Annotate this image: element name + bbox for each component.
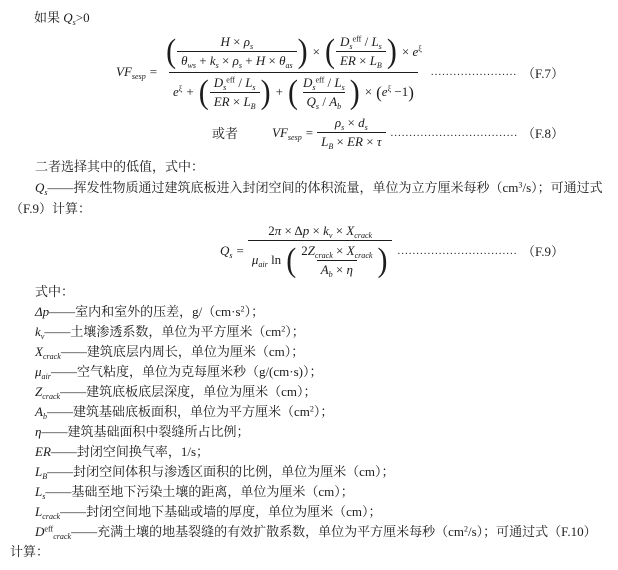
- or-label: 或者: [212, 123, 238, 142]
- fraction-denominator: θws + ks × ρs + H × θas: [177, 51, 297, 70]
- fraction-denominator: LB × ER × τ: [317, 132, 385, 151]
- document-page: 如果 Qs>0 VFsesp = H × ρs θws + ks × ρs + …: [0, 0, 618, 562]
- paren-group: H × ρs θws + ks × ρs + H × θas: [165, 33, 309, 71]
- where-label: 式中：: [10, 282, 608, 302]
- times-operator: ×: [313, 44, 320, 60]
- f7-numerator: H × ρs θws + ks × ρs + H × θas × Dseff /…: [161, 32, 426, 72]
- definition-item: μair——空气粘度，单位为克每厘米秒（g/(cm·s)）；: [10, 362, 608, 382]
- fraction-numerator: ρs × ds: [331, 114, 372, 132]
- fraction-numerator: Dseff / Ls: [210, 74, 260, 92]
- f9-denominator: μair ln 2Zcrack × Xcrack Ab × η: [248, 240, 393, 281]
- times-operator: ×: [365, 84, 372, 100]
- equation-label-f9: （F.9）: [522, 241, 564, 260]
- equals-sign: =: [306, 125, 313, 141]
- paren-group: 2Zcrack × Xcrack Ab × η: [285, 242, 388, 280]
- definition-item: Ab——建筑基础底板面积，单位为平方厘米（cm2）；: [10, 402, 608, 422]
- dot-leader: ........................................…: [397, 245, 517, 257]
- choose-lower-value-line: 二者选择其中的低值，式中：: [10, 156, 608, 177]
- fraction-denominator: ER × LB: [210, 92, 260, 111]
- paren-exp-minus-one: eξ −1: [376, 84, 414, 101]
- fraction-numerator: 2Zcrack × Xcrack: [297, 242, 376, 260]
- fraction: 2Zcrack × Xcrack Ab × η: [297, 242, 376, 280]
- exp-term: × eξ: [402, 44, 422, 60]
- plus-operator: +: [186, 84, 193, 100]
- definition-item: ER——封闭空间换气率，1/s；: [10, 442, 608, 462]
- definition-item: Ls——基础至地下污染土壤的距离，单位为厘米（cm）；: [10, 482, 608, 502]
- f8-lhs: VFsesp: [272, 125, 302, 141]
- mu-ln-prefix: μair ln: [252, 252, 281, 268]
- f9-lhs: Qs: [220, 243, 233, 259]
- f8-fraction: ρs × ds LB × ER × τ: [317, 114, 385, 152]
- paren-group: Dseff / Ls Qs / Ab: [287, 74, 361, 112]
- definition-item: Δp——室内和室外的压差，g/（cm·s2）；: [10, 302, 608, 322]
- f9-main-fraction: 2π × Δp × kv × Xcrack μair ln 2Zcrack × …: [248, 222, 393, 281]
- definition-item: η——建筑基础面积中裂缝所占比例；: [10, 422, 608, 442]
- fraction-denominator: ER × LB: [336, 51, 386, 70]
- f7-main-fraction: H × ρs θws + ks × ρs + H × θas × Dseff /…: [161, 32, 426, 112]
- qs-definition-paragraph: Qs——挥发性物质通过建筑底板进入封闭空间的体积流量，单位为立方厘米每秒（cm3…: [10, 177, 608, 219]
- definition-item: kv——土壤渗透系数，单位为平方厘米（cm2）；: [10, 322, 608, 342]
- condition-line: 如果 Qs>0: [34, 8, 608, 28]
- fraction-numerator: Dseff / Ls: [299, 74, 349, 92]
- equals-sign: =: [237, 243, 244, 259]
- f7-lhs: VFsesp: [116, 64, 146, 80]
- fraction-denominator: Ab × η: [317, 260, 357, 279]
- fraction: Dseff / Ls ER × LB: [336, 33, 386, 71]
- dot-leader: ........................................: [431, 66, 517, 78]
- fraction-numerator: H × ρs: [217, 33, 258, 51]
- definition-item: Xcrack——建筑底层内周长，单位为厘米（cm）；: [10, 342, 608, 362]
- formula-f8: 或者 VFsesp = ρs × ds LB × ER × τ ........…: [10, 114, 608, 152]
- fraction: H × ρs θws + ks × ρs + H × θas: [177, 33, 297, 71]
- fraction: Dseff / Ls Qs / Ab: [299, 74, 349, 112]
- definition-list: Δp——室内和室外的压差，g/（cm·s2）； kv——土壤渗透系数，单位为平方…: [10, 302, 608, 562]
- equals-sign: =: [150, 64, 157, 80]
- formula-f9: Qs = 2π × Δp × kv × Xcrack μair ln 2Zcra…: [10, 222, 608, 281]
- equation-label-f8: （F.8）: [522, 123, 564, 142]
- definition-item: Zcrack——建筑底板底层深度，单位为厘米（cm）；: [10, 382, 608, 402]
- f7-denominator: eξ + Dseff / Ls ER × LB + Dseff / Ls Qs …: [169, 72, 418, 113]
- dot-leader: ........................................…: [391, 127, 518, 139]
- fraction: Dseff / Ls ER × LB: [210, 74, 260, 112]
- exp-term: eξ −1: [382, 84, 408, 100]
- paren-group: Dseff / Ls ER × LB: [324, 33, 398, 71]
- definition-item: Deffcrack——充满土壤的地基裂缝的有效扩散系数，单位为平方厘米每秒（cm…: [10, 522, 608, 562]
- definition-item: LB——封闭空间体积与渗透区面积的比例，单位为厘米（cm）；: [10, 462, 608, 482]
- fraction-denominator: Qs / Ab: [303, 92, 346, 111]
- equation-label-f7: （F.7）: [522, 63, 564, 82]
- paren-group: Dseff / Ls ER × LB: [198, 74, 272, 112]
- plus-operator: +: [276, 84, 283, 100]
- exp-term: eξ: [173, 84, 182, 100]
- formula-f7: VFsesp = H × ρs θws + ks × ρs + H × θas …: [10, 32, 608, 112]
- f9-numerator: 2π × Δp × kv × Xcrack: [264, 222, 376, 240]
- fraction-numerator: Dseff / Ls: [336, 33, 386, 51]
- definition-item: Lcrack——封闭空间地下基础或墙的厚度，单位为厘米（cm）；: [10, 502, 608, 522]
